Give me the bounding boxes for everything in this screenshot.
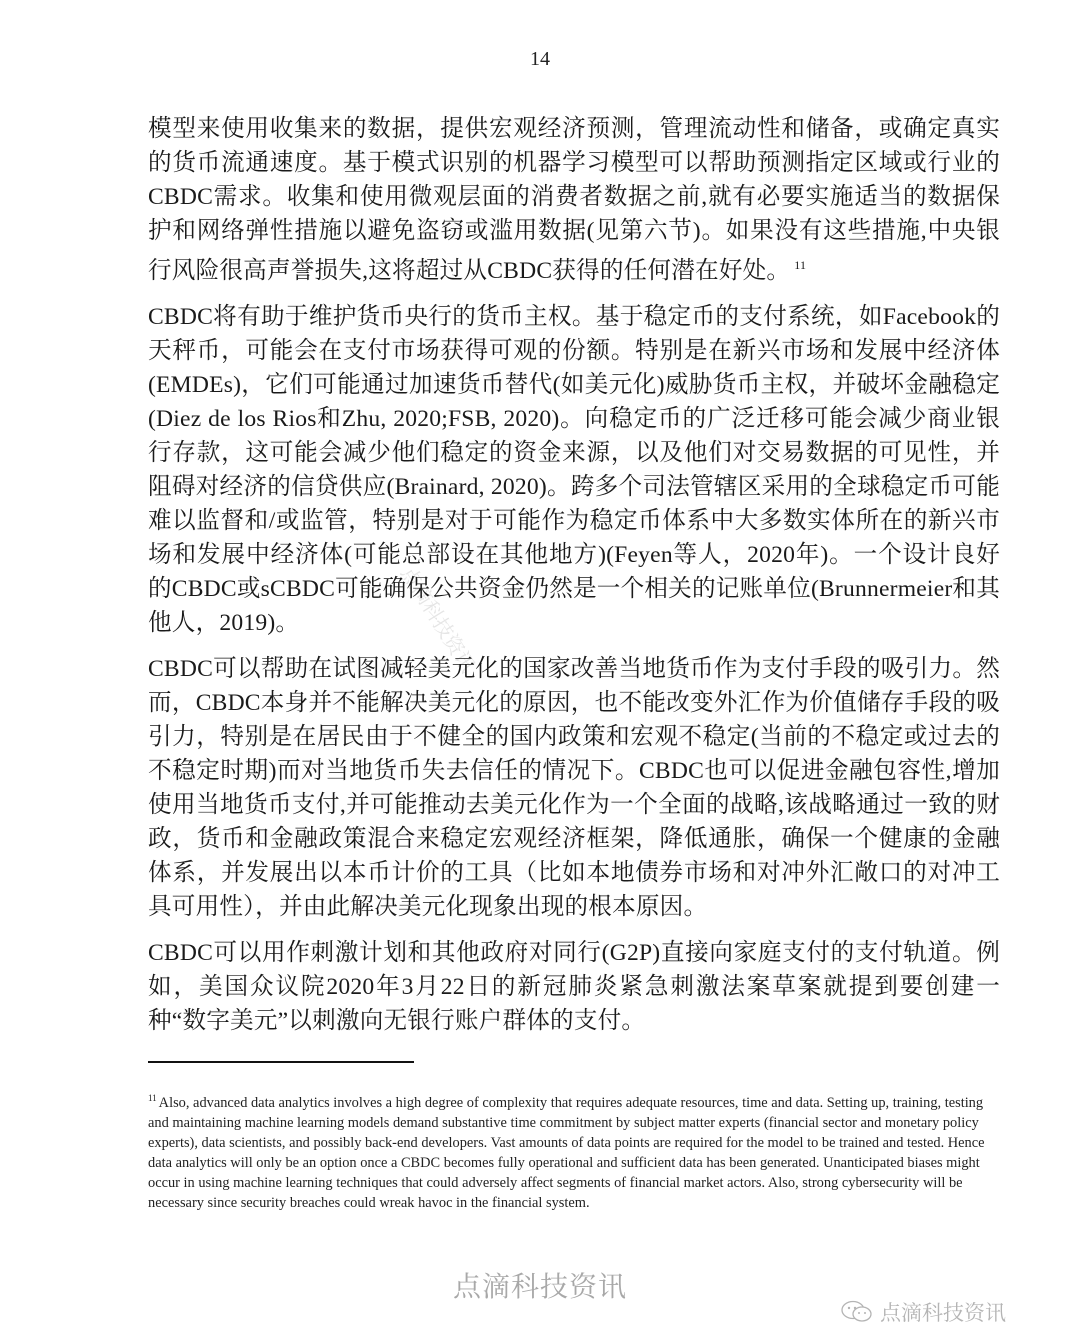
paragraph-text: CBDC可以用作刺激计划和其他政府对同行(G2P)直接向家庭支付的支付轨道。例如… [148, 940, 1000, 1034]
paragraph-g2p-payments: CBDC可以用作刺激计划和其他政府对同行(G2P)直接向家庭支付的支付轨道。例如… [148, 936, 1000, 1038]
paragraph-monetary-sovereignty: CBDC将有助于维护货币央行的货币主权。基于稳定币的支付系统，如Facebook… [148, 300, 1000, 640]
footnote-divider [148, 1061, 414, 1063]
paragraph-text: CBDC将有助于维护货币央行的货币主权。基于稳定币的支付系统，如Facebook… [148, 304, 1000, 636]
page-number: 14 [0, 48, 1080, 71]
wechat-watermark: 点滴科技资讯 [840, 1297, 1006, 1327]
wechat-icon [840, 1300, 874, 1324]
footnote-ref: 11 [794, 258, 806, 272]
footnote-text: Also, advanced data analytics involves a… [148, 1095, 985, 1211]
paragraph-data-analytics: 模型来使用收集来的数据，提供宏观经济预测，管理流动性和储备，或确定真实的货币流通… [148, 112, 1000, 288]
footnote: 11Also, advanced data analytics involves… [148, 1088, 993, 1213]
paragraph-text: CBDC可以帮助在试图减轻美元化的国家改善当地货币作为支付手段的吸引力。然而，C… [148, 656, 1000, 920]
body-text: 模型来使用收集来的数据，提供宏观经济预测，管理流动性和储备，或确定真实的货币流通… [148, 112, 1000, 1050]
paragraph-dollarization: CBDC可以帮助在试图减轻美元化的国家改善当地货币作为支付手段的吸引力。然而，C… [148, 652, 1000, 924]
paragraph-text: 模型来使用收集来的数据，提供宏观经济预测，管理流动性和储备，或确定真实的货币流通… [148, 116, 1000, 284]
footnote-number: 11 [148, 1093, 157, 1103]
wechat-account-name: 点滴科技资讯 [880, 1297, 1006, 1327]
